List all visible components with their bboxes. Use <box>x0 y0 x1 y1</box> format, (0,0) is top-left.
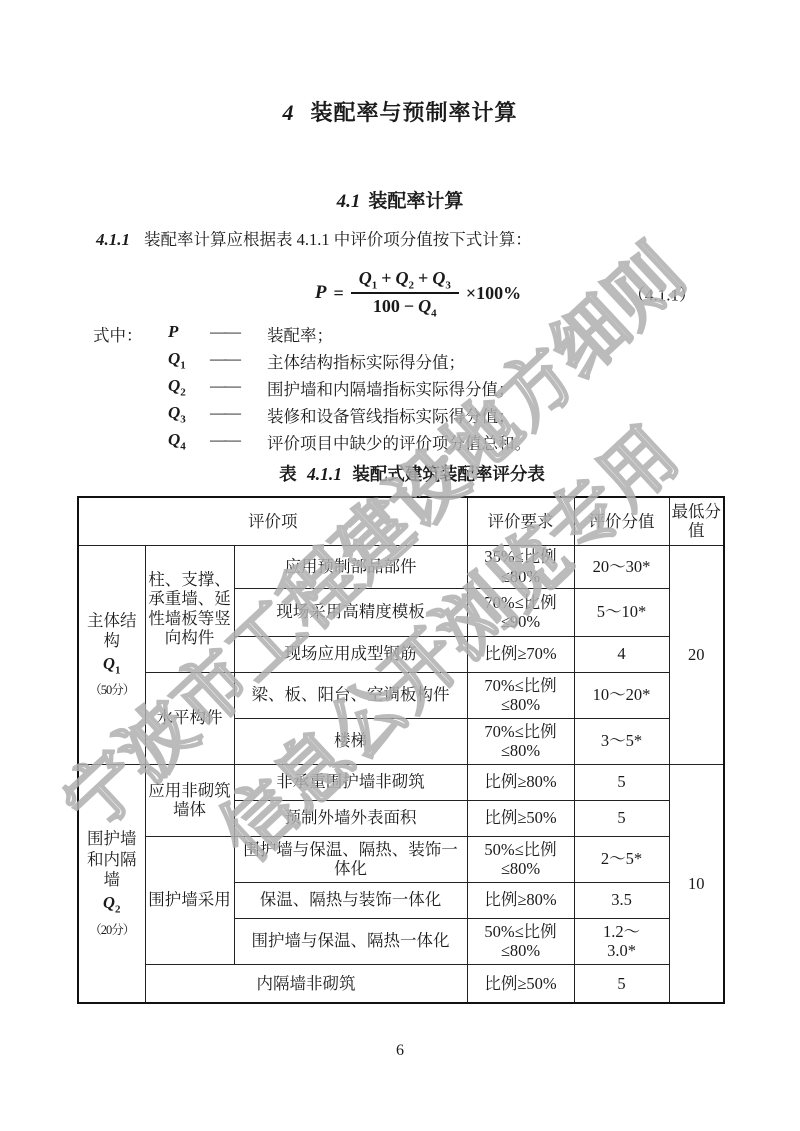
header-min-score: 最低分值 <box>669 497 724 545</box>
plus-op: + <box>381 268 391 288</box>
q4-sub: 4 <box>431 308 437 320</box>
group-symbol: Q2 <box>81 893 143 912</box>
minus-op: − <box>404 296 414 316</box>
cell-score: 5 <box>574 800 669 836</box>
cell-item: 现场应用成型钢筋 <box>234 636 467 672</box>
chapter-title: 4装配率与预制率计算 <box>0 96 800 127</box>
definition-text: 评价项目中缺少的评价项分值总和。 <box>267 430 531 454</box>
cell-item: 非承重围护墙非砌筑 <box>234 764 467 800</box>
cell-requirement: 比例≥50% <box>467 964 574 1003</box>
definitions-prefix: 式中： <box>93 322 143 346</box>
table-title: 表 4.1.1 装配式建筑装配率评分表 <box>12 461 800 486</box>
q3-base: Q <box>432 268 445 288</box>
cell-item: 应用预制部品部件 <box>234 545 467 588</box>
chapter-title-text: 装配率与预制率计算 <box>310 100 517 125</box>
definition-dash: —— <box>210 322 239 342</box>
cell-item-interior-wall: 内隔墙非砌筑 <box>145 964 467 1003</box>
symbol-q4: Q4 <box>168 430 202 450</box>
group-cell-q2: 围护墙和内隔墙 Q2 （20分） <box>78 764 145 1003</box>
formula-multiplier: ×100% <box>466 283 521 304</box>
cell-requirement: 70%≤比例 ≤80% <box>467 718 574 764</box>
definition-dash: —— <box>210 376 239 396</box>
cell-requirement: 35%≤比例 ≤80% <box>467 545 574 588</box>
group-score-note: （50分） <box>81 683 143 698</box>
symbol-q1: Q1 <box>168 349 202 369</box>
cell-requirement: 70%≤比例 ≤80% <box>467 672 574 718</box>
cell-requirement: 比例≥70% <box>467 636 574 672</box>
cell-item: 围护墙与保温、隔热一体化 <box>234 918 467 964</box>
cell-score: 5～10* <box>574 588 669 636</box>
subgroup-vertical-members: 柱、支撑、承重墙、延性墙板等竖向构件 <box>145 545 234 672</box>
definition-text: 主体结构指标实际得分值； <box>267 349 465 373</box>
chapter-number: 4 <box>282 100 294 125</box>
cell-score: 5 <box>574 964 669 1003</box>
definition-row: Q4 —— 评价项目中缺少的评价项分值总和。 <box>0 430 800 457</box>
formula-numerator: Q1+Q2+Q3 <box>351 269 459 294</box>
page-number: 6 <box>0 1042 800 1060</box>
cell-item: 预制外墙外表面积 <box>234 800 467 836</box>
cell-score: 2～5* <box>574 836 669 882</box>
group-symbol: Q1 <box>81 654 143 673</box>
q1-base: Q <box>359 268 372 288</box>
q2-sub: 2 <box>409 280 415 292</box>
cell-score: 3.5 <box>574 882 669 918</box>
q2-base: Q <box>396 268 409 288</box>
formula-fraction: Q1+Q2+Q3 100−Q4 <box>351 269 459 317</box>
group-score-note: （20分） <box>81 923 143 938</box>
table-row: 主体结构 Q1 （50分） 柱、支撑、承重墙、延性墙板等竖向构件 应用预制部品部… <box>78 545 724 588</box>
section-title-text: 装配率计算 <box>368 191 463 212</box>
table-title-number: 4.1.1 <box>307 464 342 484</box>
definition-dash: —— <box>210 430 239 450</box>
header-requirement: 评价要求 <box>467 497 574 545</box>
cell-requirement: 50%≤比例 ≤80% <box>467 918 574 964</box>
definition-text: 装配率； <box>267 322 333 346</box>
plus-op: + <box>418 268 428 288</box>
scoring-table: 评价项 评价要求 评价分值 最低分值 主体结构 Q1 （50分） 柱、支撑、承重… <box>77 496 725 1004</box>
cell-score: 5 <box>574 764 669 800</box>
min-score-q1: 20 <box>669 545 724 764</box>
symbol-q3: Q3 <box>168 403 202 423</box>
definition-text: 围护墙和内隔墙指标实际得分值； <box>267 376 515 400</box>
table-title-word: 表 <box>279 464 297 484</box>
clause-paragraph: 4.1.1装配率计算应根据表 4.1.1 中评价项分值按下式计算： <box>96 226 740 250</box>
table-row: 围护墙和内隔墙 Q2 （20分） 应用非砌筑墙体 非承重围护墙非砌筑 比例≥80… <box>78 764 724 800</box>
formula-equation: P = Q1+Q2+Q3 100−Q4 ×100% <box>315 269 521 317</box>
definition-row: Q1 —— 主体结构指标实际得分值； <box>0 349 800 376</box>
min-score-q2: 10 <box>669 764 724 1003</box>
cell-item: 围护墙与保温、隔热、装饰一体化 <box>234 836 467 882</box>
cell-score: 10～20* <box>574 672 669 718</box>
cell-item: 现场采用高精度模板 <box>234 588 467 636</box>
subgroup-envelope-wall: 围护墙采用 <box>145 836 234 964</box>
group-cell-q1: 主体结构 Q1 （50分） <box>78 545 145 764</box>
den-const: 100 <box>373 296 400 316</box>
table-row: 围护墙采用 围护墙与保温、隔热、装饰一体化 50%≤比例 ≤80% 2～5* <box>78 836 724 882</box>
group-name: 围护墙和内隔墙 <box>81 829 143 891</box>
cell-item: 楼梯 <box>234 718 467 764</box>
table-header-row: 评价项 评价要求 评价分值 最低分值 <box>78 497 724 545</box>
document-page: 宁波市工程建设地方细则 信息公开浏览专用 4装配率与预制率计算 4.1装配率计算… <box>0 0 800 1131</box>
clause-text: 装配率计算应根据表 4.1.1 中评价项分值按下式计算： <box>144 230 532 249</box>
q1-sub: 1 <box>372 280 378 292</box>
cell-score: 4 <box>574 636 669 672</box>
clause-number: 4.1.1 <box>96 230 130 249</box>
cell-item: 保温、隔热与装饰一体化 <box>234 882 467 918</box>
definition-dash: —— <box>210 349 239 369</box>
subgroup-horizontal-members: 水平构件 <box>145 672 234 764</box>
table-title-text: 装配式建筑装配率评分表 <box>352 464 545 484</box>
table-row: 水平构件 梁、板、阳台、空调板构件 70%≤比例 ≤80% 10～20* <box>78 672 724 718</box>
section-number: 4.1 <box>337 191 361 212</box>
definition-row: Q3 —— 装修和设备管线指标实际得分值； <box>0 403 800 430</box>
definition-dash: —— <box>210 403 239 423</box>
header-item: 评价项 <box>78 497 467 545</box>
definition-row: Q2 —— 围护墙和内隔墙指标实际得分值； <box>0 376 800 403</box>
section-title: 4.1装配率计算 <box>0 186 800 213</box>
cell-score: 3～5* <box>574 718 669 764</box>
cell-score: 20～30* <box>574 545 669 588</box>
cell-score: 1.2～ 3.0* <box>574 918 669 964</box>
q3-sub: 3 <box>445 280 451 292</box>
q4-base: Q <box>418 296 431 316</box>
symbol-definitions: 式中： P —— 装配率； Q1 —— 主体结构指标实际得分值； Q2 —— 围… <box>0 322 800 457</box>
cell-requirement: 50%≤比例 ≤80% <box>467 836 574 882</box>
symbol-p: P <box>168 322 202 342</box>
cell-requirement: 70%≤比例 ≤90% <box>467 588 574 636</box>
cell-requirement: 比例≥50% <box>467 800 574 836</box>
cell-requirement: 比例≥80% <box>467 882 574 918</box>
formula-equals: = <box>334 283 344 304</box>
formula-lhs: P <box>315 282 327 304</box>
table-row: 内隔墙非砌筑 比例≥50% 5 <box>78 964 724 1003</box>
formula-block: P = Q1+Q2+Q3 100−Q4 ×100% （4.1.1） <box>0 264 800 322</box>
formula-denominator: 100−Q4 <box>373 294 437 317</box>
formula-equation-number: （4.1.1） <box>628 281 696 306</box>
subgroup-nonmasonry-walls: 应用非砌筑墙体 <box>145 764 234 836</box>
cell-item: 梁、板、阳台、空调板构件 <box>234 672 467 718</box>
definition-row: 式中： P —— 装配率； <box>0 322 800 349</box>
symbol-q2: Q2 <box>168 376 202 396</box>
definition-text: 装修和设备管线指标实际得分值； <box>267 403 515 427</box>
cell-requirement: 比例≥80% <box>467 764 574 800</box>
group-name: 主体结构 <box>81 611 143 652</box>
header-score: 评价分值 <box>574 497 669 545</box>
